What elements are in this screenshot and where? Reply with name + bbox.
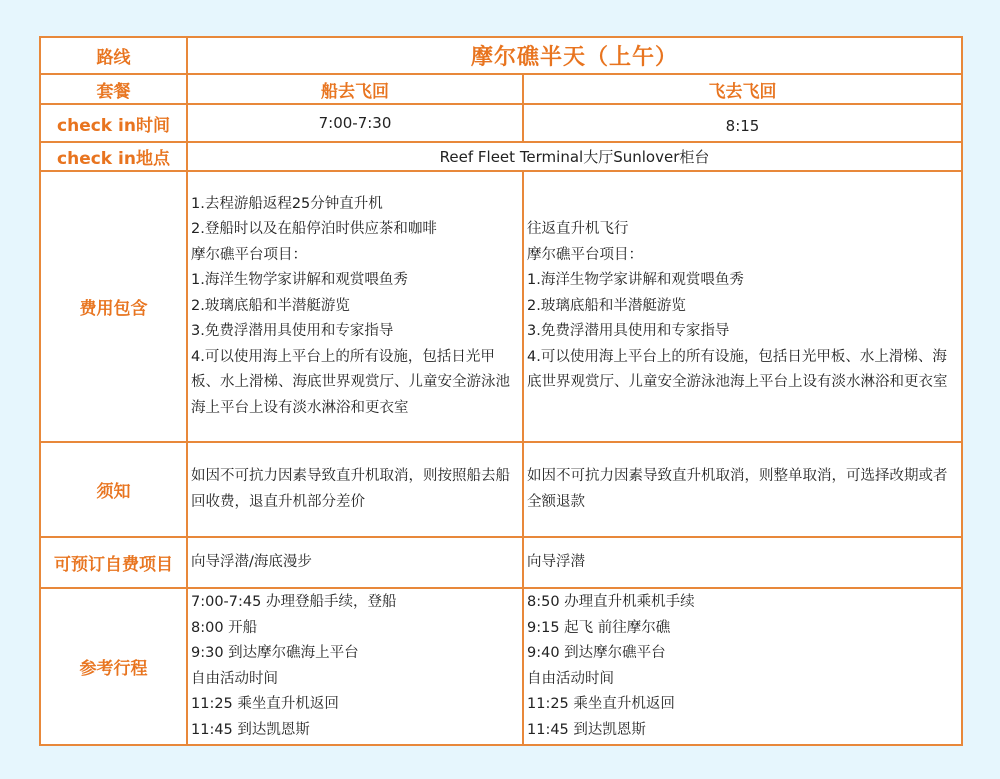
notice-col1-text: 如因不可抗力因素导致直升机取消，则按照船去船回收费，退直升机部分差价 — [191, 464, 519, 515]
itinerary-col1-line: 11:45 到达凯恩斯 — [191, 718, 519, 744]
row-itinerary: 参考行程 7:00-7:45 办理登船手续，登船 8:00 开船 9:30 到达… — [40, 588, 962, 745]
included-col1-line: 2.玻璃底船和半潜艇游览 — [191, 294, 519, 320]
label-itinerary: 参考行程 — [40, 588, 187, 745]
included-col1: 1.去程游船返程25分钟直升机 2.登船时以及在船停泊时供应茶和咖啡 摩尔礁平台… — [187, 171, 523, 442]
included-col2-line: 1.海洋生物学家讲解和观赏喂鱼秀 — [527, 268, 958, 294]
optional-col1: 向导浮潜/海底漫步 — [187, 537, 523, 588]
checkin-time-col1: 7:00-7:30 — [187, 104, 523, 142]
itinerary-col1-line: 自由活动时间 — [191, 667, 519, 693]
row-optional: 可预订自费项目 向导浮潜/海底漫步 向导浮潜 — [40, 537, 962, 588]
itinerary-col2-line: 11:25 乘坐直升机返回 — [527, 692, 958, 718]
itinerary-col2-line: 8:50 办理直升机乘机手续 — [527, 590, 958, 616]
included-col1-line: 摩尔礁平台项目： — [191, 243, 519, 269]
label-package: 套餐 — [40, 74, 187, 104]
label-checkin-location: check in地点 — [40, 142, 187, 171]
included-col2: 往返直升机飞行 摩尔礁平台项目： 1.海洋生物学家讲解和观赏喂鱼秀 2.玻璃底船… — [523, 171, 962, 442]
itinerary-col1-line: 8:00 开船 — [191, 616, 519, 642]
label-optional: 可预订自费项目 — [40, 537, 187, 588]
route-title: 摩尔礁半天（上午） — [187, 37, 962, 74]
itinerary-col1: 7:00-7:45 办理登船手续，登船 8:00 开船 9:30 到达摩尔礁海上… — [187, 588, 523, 745]
row-route: 路线 摩尔礁半天（上午） — [40, 37, 962, 74]
row-included: 费用包含 1.去程游船返程25分钟直升机 2.登船时以及在船停泊时供应茶和咖啡 … — [40, 171, 962, 442]
tour-comparison-table: 路线 摩尔礁半天（上午） 套餐 船去飞回 飞去飞回 check in时间 7:0… — [39, 36, 963, 746]
included-col1-line: 4.可以使用海上平台上的所有设施，包括日光甲板、水上滑梯、海底世界观赏厅、儿童安… — [191, 345, 519, 422]
package-option-heli-heli: 飞去飞回 — [523, 74, 962, 104]
itinerary-col1-line: 11:25 乘坐直升机返回 — [191, 692, 519, 718]
itinerary-col1-line: 7:00-7:45 办理登船手续，登船 — [191, 590, 519, 616]
included-col1-line: 1.去程游船返程25分钟直升机 — [191, 192, 519, 218]
row-checkin-location: check in地点 Reef Fleet Terminal大厅Sunlover… — [40, 142, 962, 171]
notice-col2-text: 如因不可抗力因素导致直升机取消，则整单取消，可选择改期或者全额退款 — [527, 464, 958, 515]
itinerary-col2-line: 9:15 起飞 前往摩尔礁 — [527, 616, 958, 642]
included-col2-line: 摩尔礁平台项目： — [527, 243, 958, 269]
included-col1-line: 3.免费浮潜用具使用和专家指导 — [191, 319, 519, 345]
package-option-boat-heli: 船去飞回 — [187, 74, 523, 104]
row-package: 套餐 船去飞回 飞去飞回 — [40, 74, 962, 104]
label-route: 路线 — [40, 37, 187, 74]
label-included: 费用包含 — [40, 171, 187, 442]
included-col1-line: 2.登船时以及在船停泊时供应茶和咖啡 — [191, 217, 519, 243]
checkin-location-value: Reef Fleet Terminal大厅Sunlover柜台 — [187, 142, 962, 171]
included-col2-line: 4.可以使用海上平台上的所有设施，包括日光甲板、水上滑梯、海底世界观赏厅、儿童安… — [527, 345, 958, 396]
itinerary-col2: 8:50 办理直升机乘机手续 9:15 起飞 前往摩尔礁 9:40 到达摩尔礁平… — [523, 588, 962, 745]
included-col2-line: 往返直升机飞行 — [527, 217, 958, 243]
checkin-time-col2: 8:15 — [523, 104, 962, 142]
itinerary-col1-line: 9:30 到达摩尔礁海上平台 — [191, 641, 519, 667]
included-col1-line: 1.海洋生物学家讲解和观赏喂鱼秀 — [191, 268, 519, 294]
row-notice: 须知 如因不可抗力因素导致直升机取消，则按照船去船回收费，退直升机部分差价 如因… — [40, 442, 962, 537]
notice-col2: 如因不可抗力因素导致直升机取消，则整单取消，可选择改期或者全额退款 — [523, 442, 962, 537]
itinerary-col2-line: 9:40 到达摩尔礁平台 — [527, 641, 958, 667]
included-col2-line: 3.免费浮潜用具使用和专家指导 — [527, 319, 958, 345]
row-checkin-time: check in时间 7:00-7:30 8:15 — [40, 104, 962, 142]
notice-col1: 如因不可抗力因素导致直升机取消，则按照船去船回收费，退直升机部分差价 — [187, 442, 523, 537]
optional-col2: 向导浮潜 — [523, 537, 962, 588]
itinerary-col2-line: 11:45 到达凯恩斯 — [527, 718, 958, 744]
label-checkin-time: check in时间 — [40, 104, 187, 142]
label-notice: 须知 — [40, 442, 187, 537]
included-col2-line: 2.玻璃底船和半潜艇游览 — [527, 294, 958, 320]
itinerary-col2-line: 自由活动时间 — [527, 667, 958, 693]
